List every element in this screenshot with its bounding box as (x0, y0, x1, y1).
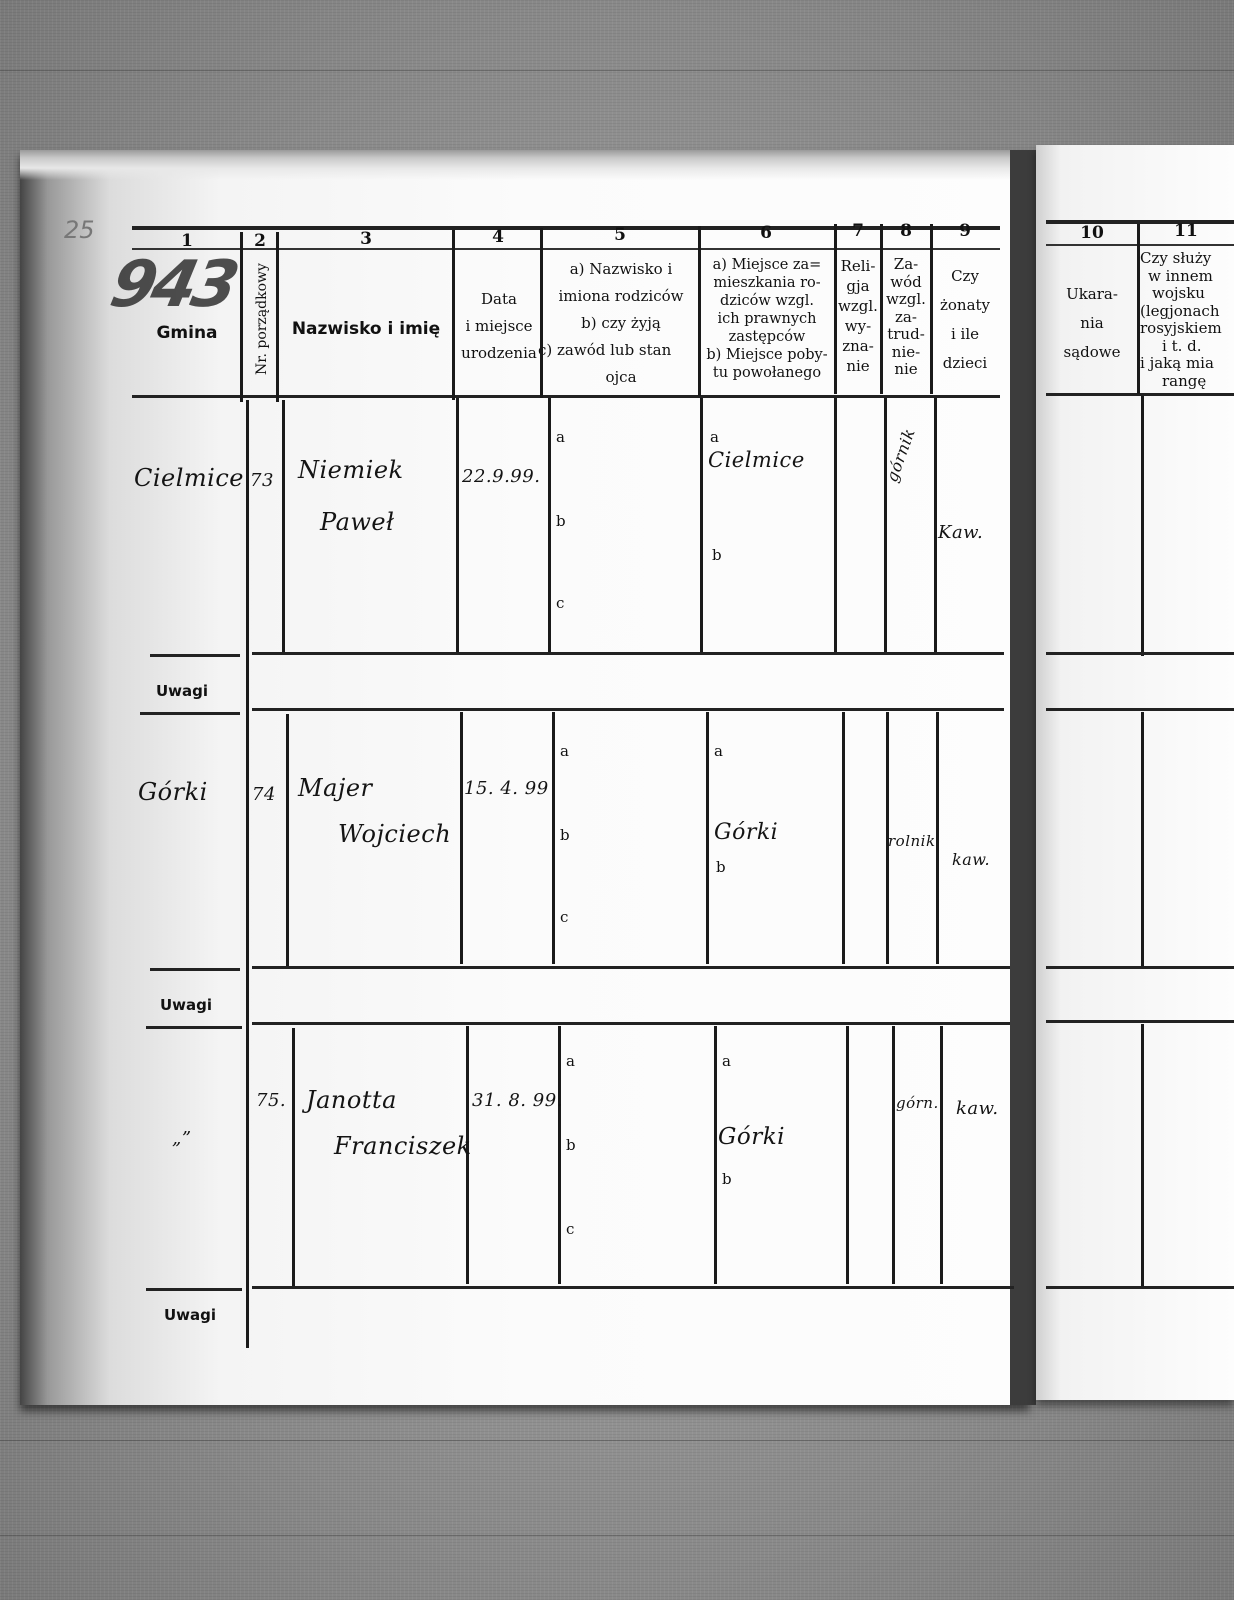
header-line: gja (834, 276, 882, 296)
column-divider (834, 224, 837, 394)
entry-given-name: Franciszek (334, 1132, 472, 1160)
column-divider (892, 1026, 895, 1284)
column-divider (452, 230, 455, 400)
entry-married: kaw. (952, 850, 990, 869)
remarks-label: Uwagi (156, 682, 208, 700)
header-line: ich prawnych (698, 310, 836, 328)
header-line: a) Miejsce za= (698, 256, 836, 274)
row-rule (252, 1022, 1010, 1025)
header-line: sądowe (1046, 338, 1138, 367)
column-number-4: 4 (454, 228, 542, 247)
column-divider (940, 1026, 943, 1284)
page-edge (20, 150, 1030, 180)
sub-marker-b: b (560, 826, 570, 844)
header-line: dziców wzgl. (698, 292, 836, 310)
header-line: Za- (882, 256, 930, 274)
row-rule (146, 1026, 242, 1029)
entry-nr: 74 (252, 784, 276, 805)
row-rule (1046, 1020, 1234, 1023)
header-gmina: Gmina (132, 324, 242, 343)
header-line: Czy (930, 262, 1000, 291)
header-data-urodzenia: Data i miejsce urodzenia (454, 290, 544, 363)
header-line: żonaty (930, 291, 1000, 320)
row-rule (1046, 966, 1234, 969)
header-line: mieszkania ro- (698, 274, 836, 292)
sub-marker-a: a (556, 428, 565, 446)
row-rule (1046, 708, 1234, 711)
scan-line (0, 1440, 1234, 1441)
header-line: c) zawód lub stan (538, 337, 700, 364)
column-divider (1137, 224, 1140, 394)
entry-gmina: Cielmice (134, 464, 244, 492)
header-line: urodzenia (454, 344, 544, 363)
column-number-3: 3 (278, 230, 454, 249)
header-line: ojca (542, 364, 700, 391)
column-divider (936, 712, 939, 964)
column-divider (286, 714, 289, 966)
column-number-5: 5 (542, 226, 698, 245)
header-line: Data (454, 290, 544, 309)
header-line: w innem (1140, 268, 1234, 286)
sub-marker-a: a (560, 742, 569, 760)
header-miejsce-zamieszkania: a) Miejsce za= mieszkania ro- dziców wzg… (698, 256, 836, 382)
sub-marker-a: a (566, 1052, 575, 1070)
entry-given-name: Wojciech (338, 820, 451, 848)
entry-birth-date: 15. 4. 99 (464, 778, 549, 799)
header-rodzice: a) Nazwisko i imiona rodziców b) czy żyj… (542, 256, 700, 391)
header-bottom-rule-right (1046, 393, 1234, 396)
column-number-2: 2 (242, 232, 278, 251)
column-divider (292, 1028, 295, 1286)
remarks-label: Uwagi (164, 1306, 216, 1324)
column-number-9: 9 (930, 222, 1000, 241)
header-line: Czy służy (1140, 250, 1234, 268)
header-line: (legjonach (1140, 303, 1234, 321)
column-divider (934, 398, 937, 653)
column-divider (698, 226, 701, 396)
header-line: zna- (834, 336, 882, 356)
header-line: a) Nazwisko i (542, 256, 700, 283)
header-line: nie (834, 356, 882, 376)
row-rule (252, 966, 1010, 969)
column-divider (834, 398, 837, 653)
header-line: zastępców (698, 328, 836, 346)
entry-nr: 75. (256, 1090, 286, 1111)
scan-line (0, 70, 1234, 71)
header-line: i miejsce (454, 317, 544, 336)
header-bottom-rule (132, 395, 1000, 398)
row-rule (1046, 652, 1234, 655)
header-line: rangę (1140, 373, 1234, 391)
column-divider (552, 712, 555, 964)
header-line: trud- (882, 326, 930, 344)
sub-marker-c: c (560, 908, 568, 926)
sub-marker-b: b (722, 1170, 732, 1188)
column-divider (842, 712, 845, 964)
entry-gmina: Górki (138, 778, 208, 806)
header-line: za- (882, 309, 930, 327)
column-divider (880, 224, 883, 394)
row-rule (252, 1286, 1014, 1289)
header-line: wód (882, 274, 930, 292)
column-number-8: 8 (882, 222, 930, 241)
column-divider (460, 712, 463, 964)
sub-marker-a: a (714, 742, 723, 760)
entry-birth-date: 22.9.99. (462, 466, 540, 487)
sub-marker-c: c (566, 1220, 574, 1238)
column-number-1: 1 (132, 232, 242, 251)
header-line: Ukara- (1046, 280, 1138, 309)
entry-occupation: rolnik (888, 832, 936, 850)
entry-surname: Niemiek (298, 456, 404, 484)
scan-line (0, 1535, 1234, 1536)
column-divider (930, 224, 933, 394)
header-zawod: Za- wód wzgl. za- trud- nie- nie (882, 256, 930, 379)
page-gutter (1010, 150, 1036, 1405)
column-divider (714, 1026, 717, 1284)
header-number-rule-right (1046, 244, 1234, 246)
sub-marker-b: b (716, 858, 726, 876)
column-divider (700, 398, 703, 653)
entry-parents-residence: Cielmice (708, 448, 805, 472)
header-line: dzieci (930, 349, 1000, 378)
entry-surname: Janotta (306, 1086, 397, 1114)
column-divider (540, 228, 543, 398)
column-divider (558, 1026, 561, 1284)
header-ukarania-sadowe: Ukara- nia sądowe (1046, 280, 1138, 367)
sub-marker-c: c (556, 594, 564, 612)
header-line: i ile (930, 320, 1000, 349)
row-rule (252, 652, 1004, 655)
column-divider (1141, 712, 1144, 968)
header-line: wy- (834, 316, 882, 336)
nr-column-divider (246, 400, 249, 1348)
column-divider (456, 398, 459, 653)
header-line: nie (882, 361, 930, 379)
entry-surname: Majer (298, 774, 373, 802)
header-line: b) Miejsce poby- (698, 346, 836, 364)
column-divider (1141, 1024, 1144, 1286)
column-divider (1141, 396, 1144, 656)
sub-marker-b: b (712, 546, 722, 564)
column-divider (548, 398, 551, 653)
column-divider (706, 712, 709, 964)
row-rule (252, 708, 1004, 711)
header-line: Reli- (834, 256, 882, 276)
header-line: b) czy żyją (542, 310, 700, 337)
header-czy-sluzyl: Czy służy w innem wojsku (legjonach rosy… (1140, 250, 1234, 390)
header-line: nie- (882, 344, 930, 362)
pencil-page-number: 25 (64, 216, 95, 244)
header-nr-porzadkowy: Nr. porządkowy (254, 254, 270, 384)
row-rule (1046, 1286, 1234, 1289)
header-line: i jaką mia (1140, 355, 1234, 373)
column-number-7: 7 (834, 222, 882, 241)
header-religia: Reli- gja wzgl. wy- zna- nie (834, 256, 882, 376)
header-line: wzgl. (834, 296, 882, 316)
sub-marker-b: b (566, 1136, 576, 1154)
column-divider (884, 398, 887, 653)
header-nazwisko-imie: Nazwisko i imię (278, 320, 454, 339)
entry-parents-residence: Górki (718, 1124, 785, 1150)
book-spine (20, 150, 48, 1405)
entry-married: Kaw. (938, 522, 983, 543)
row-rule (150, 654, 240, 657)
column-divider (276, 232, 279, 402)
header-line: nia (1046, 309, 1138, 338)
entry-given-name: Paweł (320, 508, 394, 536)
column-number-10: 10 (1046, 224, 1138, 243)
sub-marker-b: b (556, 512, 566, 530)
header-czy-zonaty: Czy żonaty i ile dzieci (930, 262, 1000, 378)
entry-birth-date: 31. 8. 99. (472, 1090, 563, 1111)
register-stamp-number: 943 (104, 248, 241, 322)
column-divider (846, 1026, 849, 1284)
entry-parents-residence: Górki (714, 820, 778, 845)
header-line: wzgl. (882, 291, 930, 309)
column-number-11: 11 (1138, 222, 1234, 241)
entry-nr: 73 (250, 470, 274, 491)
header-line: tu powołanego (698, 364, 836, 382)
entry-occupation: górn. (896, 1094, 939, 1112)
sub-marker-a: a (722, 1052, 731, 1070)
entry-married: kaw. (956, 1098, 999, 1119)
row-rule (140, 712, 240, 715)
column-divider (240, 232, 243, 402)
row-rule (150, 968, 240, 971)
header-line: wojsku (1140, 285, 1234, 303)
header-line: imiona rodziców (542, 283, 700, 310)
remarks-label: Uwagi (160, 996, 212, 1014)
header-line: rosyjskiem (1140, 320, 1234, 338)
row-rule (146, 1288, 242, 1291)
entry-gmina-ditto: „” (172, 1128, 192, 1149)
sub-marker-a: a (710, 428, 719, 446)
header-line: i t. d. (1140, 338, 1234, 356)
column-divider (282, 400, 285, 655)
column-number-6: 6 (698, 224, 834, 243)
